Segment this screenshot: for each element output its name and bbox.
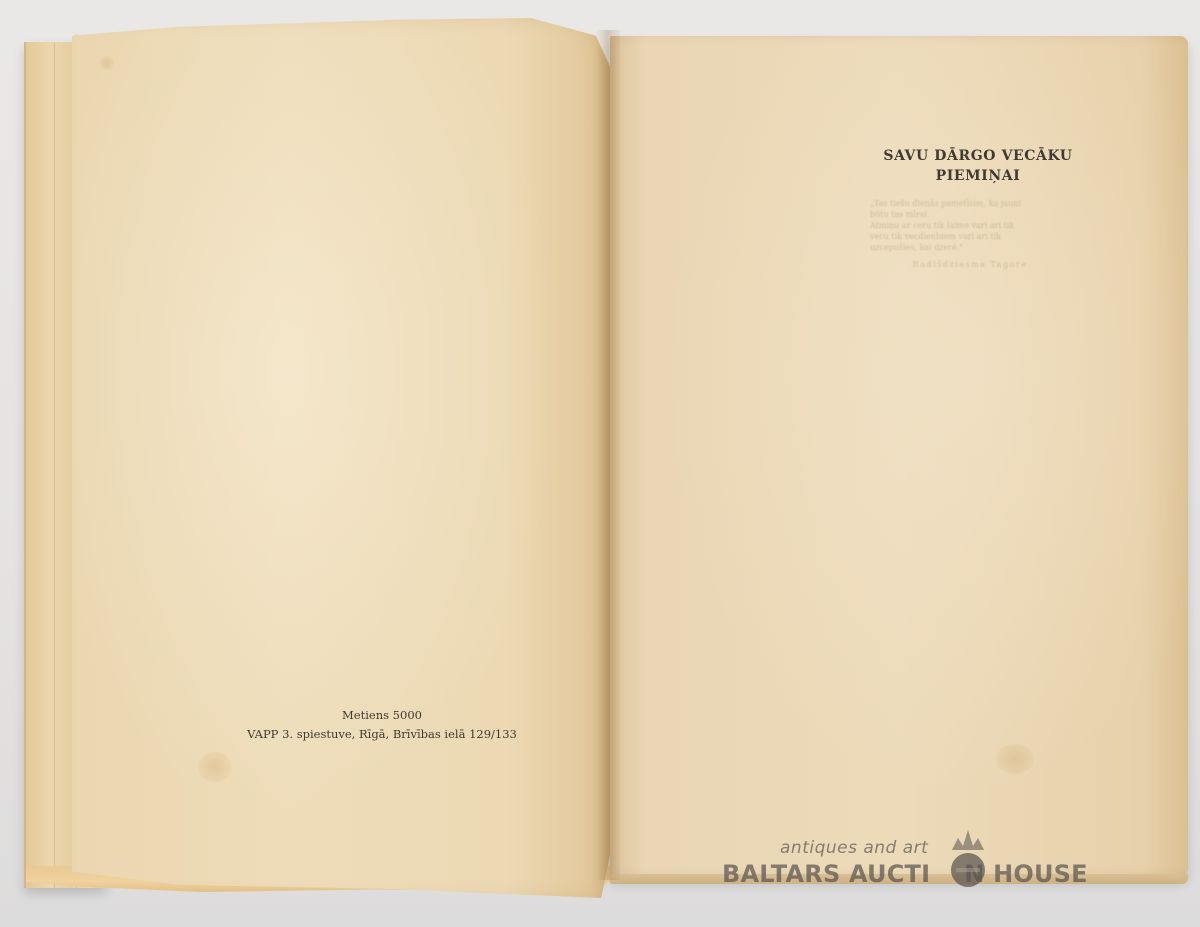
- auction-house-watermark: antiques and art BALTARS AUCTIN HOUSE: [722, 838, 1122, 898]
- dedication-line-2: PIEMIŅAI: [858, 166, 1098, 186]
- watermark-name: BALTARS AUCTIN HOUSE: [722, 860, 1088, 888]
- watermark-tagline: antiques and art: [780, 838, 928, 858]
- showthrough-line: uzcepušies, kai dzerē.": [870, 242, 1070, 253]
- watermark-name-left: BALTARS AUCTI: [722, 860, 930, 888]
- paper-stain: [100, 56, 114, 70]
- showthrough-line: Atmiņu ar ceru tik laime vari ari tik: [870, 220, 1070, 231]
- showthrough-line: „Tas tiešu dienās pametīsim, ka jauni: [870, 198, 1070, 209]
- paper-stain: [996, 744, 1034, 774]
- showthrough-line: būtu tas mīrai.: [870, 209, 1070, 220]
- book-photo-scene: „Tas tiešu dienās pametīsim, ka jauni bū…: [0, 0, 1200, 927]
- showthrough-signature: Radīšdziesma Tagore: [870, 259, 1070, 270]
- paper-stain: [198, 752, 232, 782]
- showthrough-epigraph: „Tas tiešu dienās pametīsim, ka jauni bū…: [870, 198, 1070, 270]
- dedication-heading: SAVU DĀRGO VECĀKU PIEMIŅAI: [858, 146, 1098, 186]
- dedication-line-1: SAVU DĀRGO VECĀKU: [858, 146, 1098, 166]
- print-run: Metiens 5000: [222, 706, 542, 725]
- printer-address: VAPP 3. spiestuve, Rīgā, Brīvības ielā 1…: [222, 725, 542, 744]
- showthrough-line: vecu tik vecdienbiem vari ari tik: [870, 231, 1070, 242]
- left-page: [72, 18, 612, 898]
- book-gutter: [596, 30, 620, 880]
- crown-globe-icon: [948, 828, 988, 892]
- printing-imprint: Metiens 5000 VAPP 3. spiestuve, Rīgā, Br…: [222, 706, 542, 744]
